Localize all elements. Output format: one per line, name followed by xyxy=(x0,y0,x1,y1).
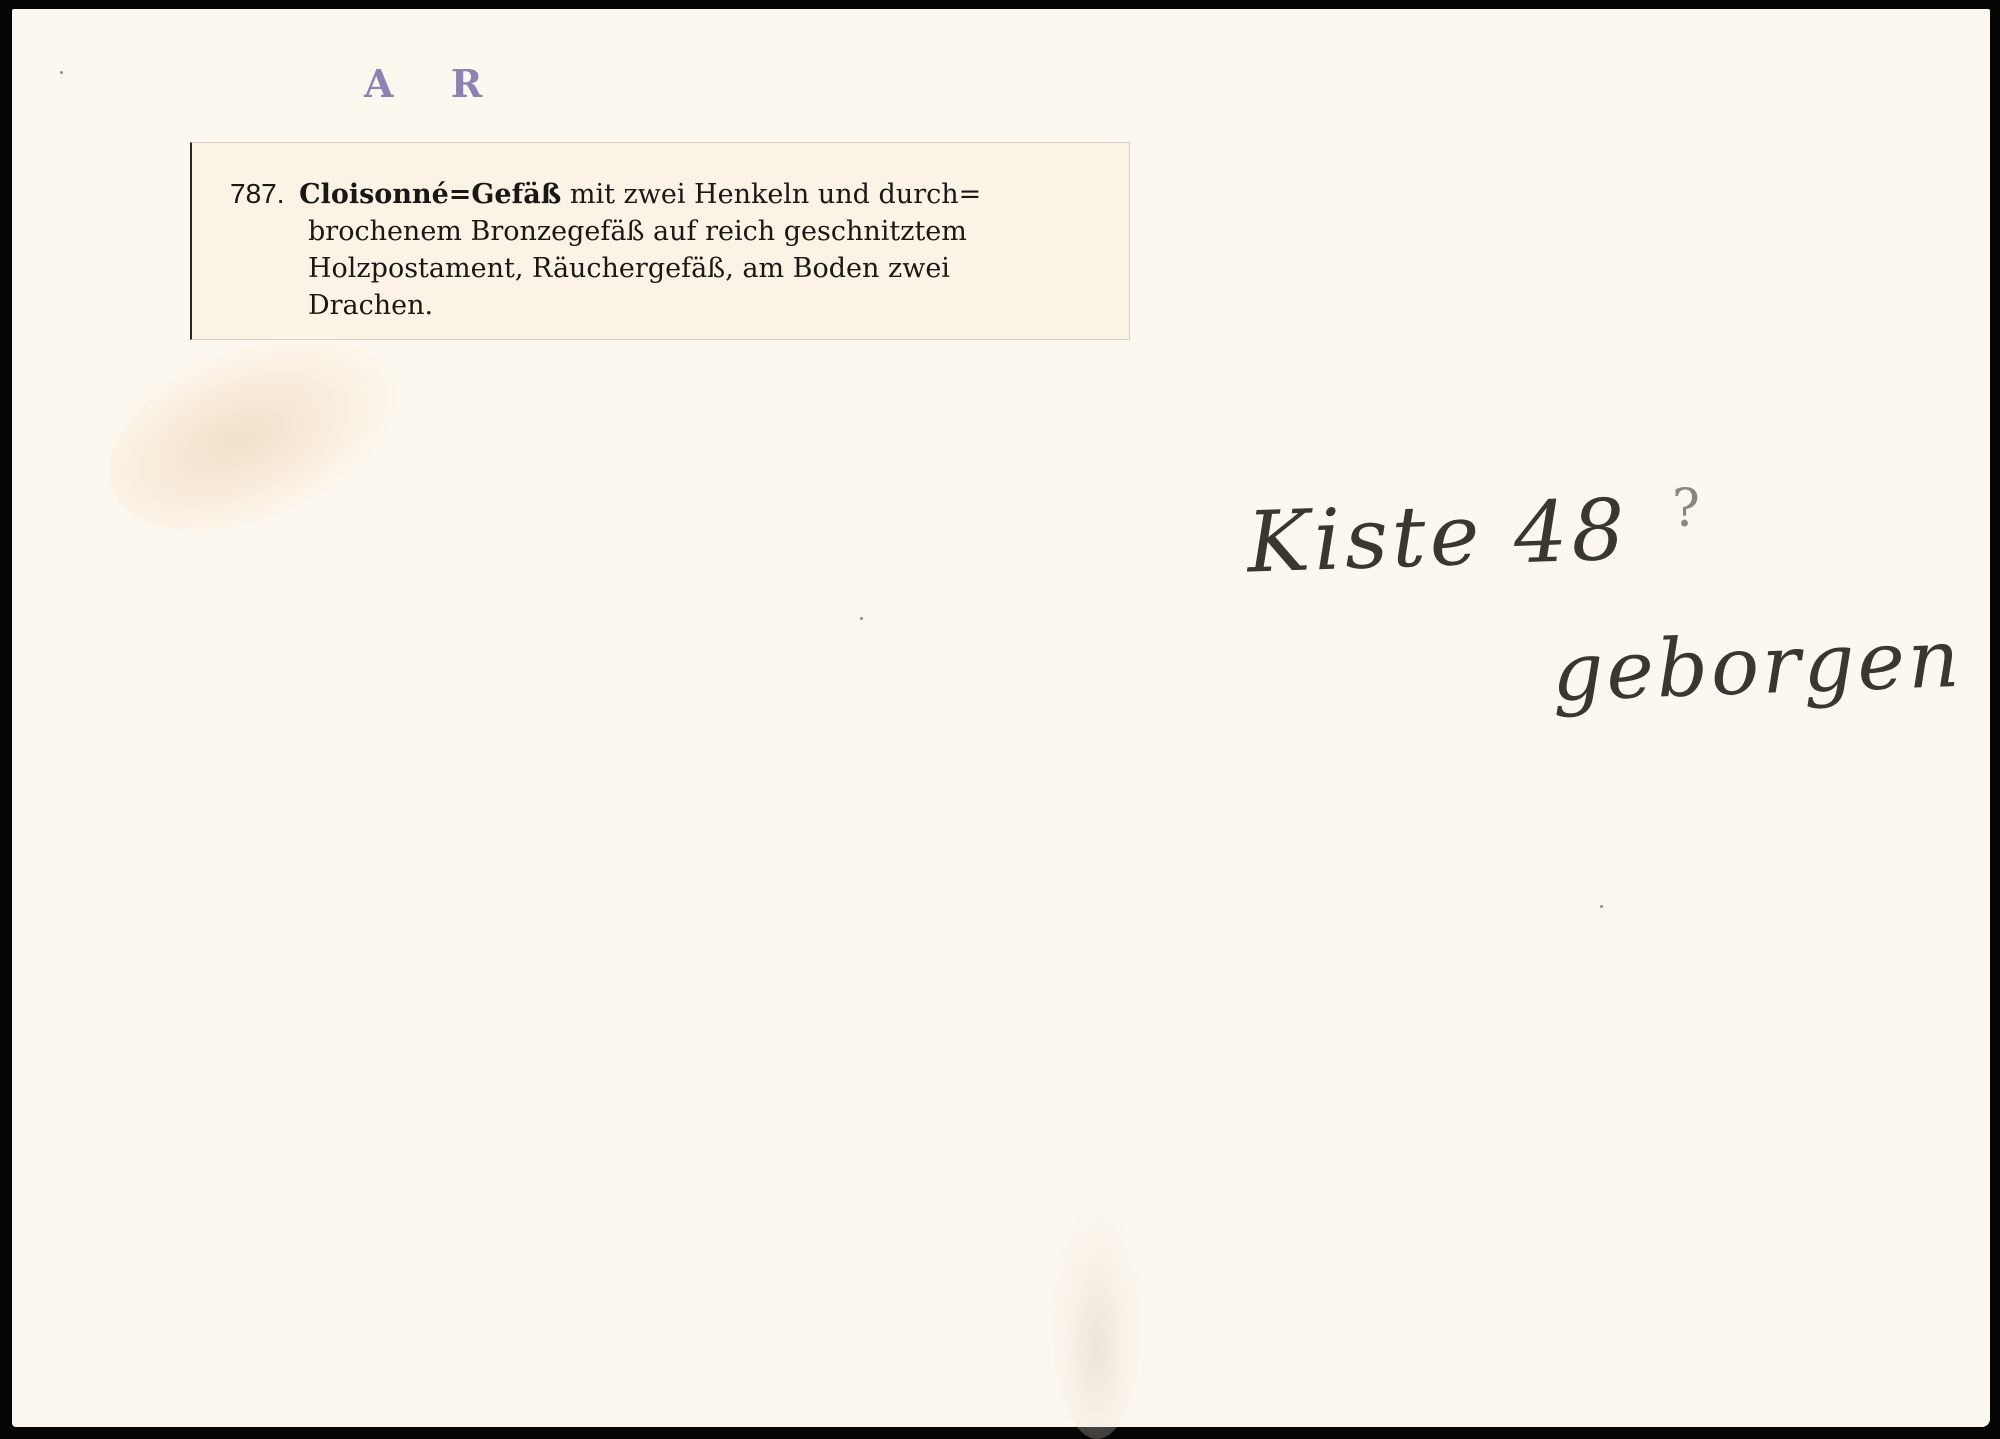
catalog-text: mit zwei Henkeln und durch= xyxy=(570,179,981,210)
handwritten-note-status: geborgen xyxy=(1551,612,1964,719)
catalog-entry: 787. Cloisonné=Gefäß mit zwei Henkeln un… xyxy=(230,175,1090,324)
catalog-number: 787. xyxy=(230,178,285,209)
catalog-title: Cloisonné=Gefäß xyxy=(299,179,561,210)
catalog-line-2: brochenem Bronzegefäß auf reich geschnit… xyxy=(230,213,1090,250)
catalog-line-3: Holzpostament, Räuchergefäß, am Boden zw… xyxy=(230,250,1090,287)
paper-speck xyxy=(860,617,863,620)
handwritten-note-box: Kiste 48 xyxy=(1245,480,1630,591)
photo-card-back: A R 787. Cloisonné=Gefäß mit zwei Henkel… xyxy=(12,9,1990,1427)
catalog-clipping: 787. Cloisonné=Gefäß mit zwei Henkeln un… xyxy=(190,142,1130,340)
catalog-line-1: 787. Cloisonné=Gefäß mit zwei Henkeln un… xyxy=(230,175,1090,213)
smudge-stain xyxy=(1052,1209,1142,1439)
paper-speck xyxy=(60,71,63,74)
paper-speck xyxy=(1600,905,1603,908)
handwritten-question-mark: ? xyxy=(1672,479,1700,539)
ink-stamp: A R xyxy=(364,61,504,106)
catalog-line-4: Drachen. xyxy=(230,287,1090,324)
